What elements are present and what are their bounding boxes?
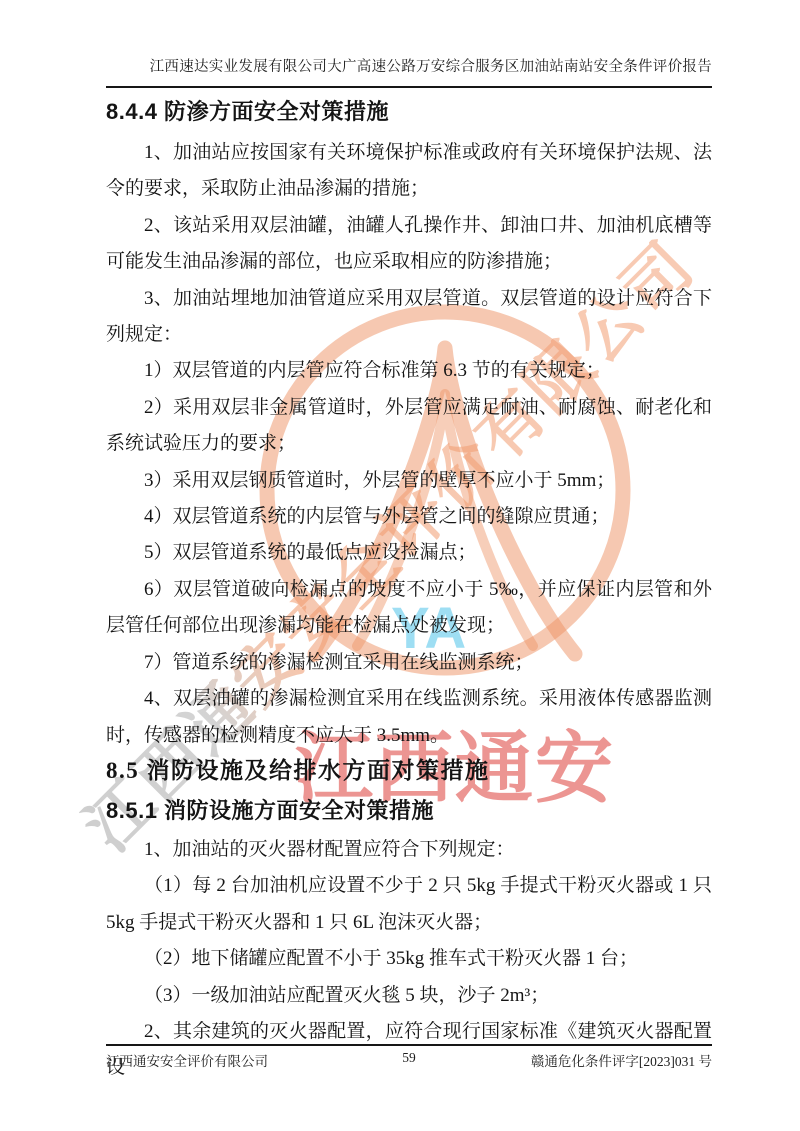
footer-page-number: 59 xyxy=(402,1050,416,1066)
section-heading-8-5: 8.5 消防设施及给排水方面对策措施 xyxy=(106,754,712,788)
footer-company: 江西通安安全评价有限公司 xyxy=(106,1050,268,1070)
header-divider xyxy=(106,86,712,88)
list-item: 1）双层管道的内层管应符合标准第 6.3 节的有关规定； xyxy=(106,353,712,389)
list-item: 2）采用双层非金属管道时，外层管应满足耐油、耐腐蚀、耐老化和系统试验压力的要求； xyxy=(106,390,712,463)
list-item: （2）地下储罐应配置不小于 35kg 推车式干粉灭火器 1 台； xyxy=(106,941,712,977)
list-item: 5）双层管道系统的最低点应设捡漏点； xyxy=(106,535,712,571)
document-page: YA 江西通安安全评价有限公司 江西通安 江西速达实业发展有限公司大广高速公路万… xyxy=(0,0,800,1131)
paragraph: 3、加油站埋地加油管道应采用双层管道。双层管道的设计应符合下列规定： xyxy=(106,281,712,354)
report-title: 江西速达实业发展有限公司大广高速公路万安综合服务区加油站南站安全条件评价报告 xyxy=(106,57,712,78)
page-content: 江西速达实业发展有限公司大广高速公路万安综合服务区加油站南站安全条件评价报告 8… xyxy=(0,0,800,1087)
list-item: 3）采用双层钢质管道时，外层管的壁厚不应小于 5mm； xyxy=(106,463,712,499)
footer-doc-number: 赣通危化条件评字[2023]031 号 xyxy=(531,1050,712,1070)
list-item: （3）一级加油站应配置灭火毯 5 块，沙子 2m³； xyxy=(106,978,712,1014)
paragraph: 1、加油站的灭火器材配置应符合下列规定： xyxy=(106,832,712,868)
list-item: （1）每 2 台加油机应设置不少于 2 只 5kg 手提式干粉灭火器或 1 只 … xyxy=(106,868,712,941)
paragraph: 2、该站采用双层油罐，油罐人孔操作井、卸油口井、加油机底槽等可能发生油品渗漏的部… xyxy=(106,208,712,281)
list-item: 7）管道系统的渗漏检测宜采用在线监测系统； xyxy=(106,645,712,681)
section-heading-8-4-4: 8.4.4 防渗方面安全对策措施 xyxy=(106,97,712,127)
list-item: 6）双层管道破向检漏点的坡度不应小于 5‰，并应保证内层管和外层管任何部位出现渗… xyxy=(106,572,712,645)
section-heading-8-5-1: 8.5.1 消防设施方面安全对策措施 xyxy=(106,796,712,826)
page-footer: 江西通安安全评价有限公司 59 赣通危化条件评字[2023]031 号 xyxy=(106,1044,712,1070)
paragraph: 4、双层油罐的渗漏检测宜采用在线监测系统。采用液体传感器监测时，传感器的检测精度… xyxy=(106,681,712,754)
list-item: 4）双层管道系统的内层管与外层管之间的缝隙应贯通； xyxy=(106,499,712,535)
paragraph: 1、加油站应按国家有关环境保护标准或政府有关环境保护法规、法令的要求，采取防止油… xyxy=(106,135,712,208)
